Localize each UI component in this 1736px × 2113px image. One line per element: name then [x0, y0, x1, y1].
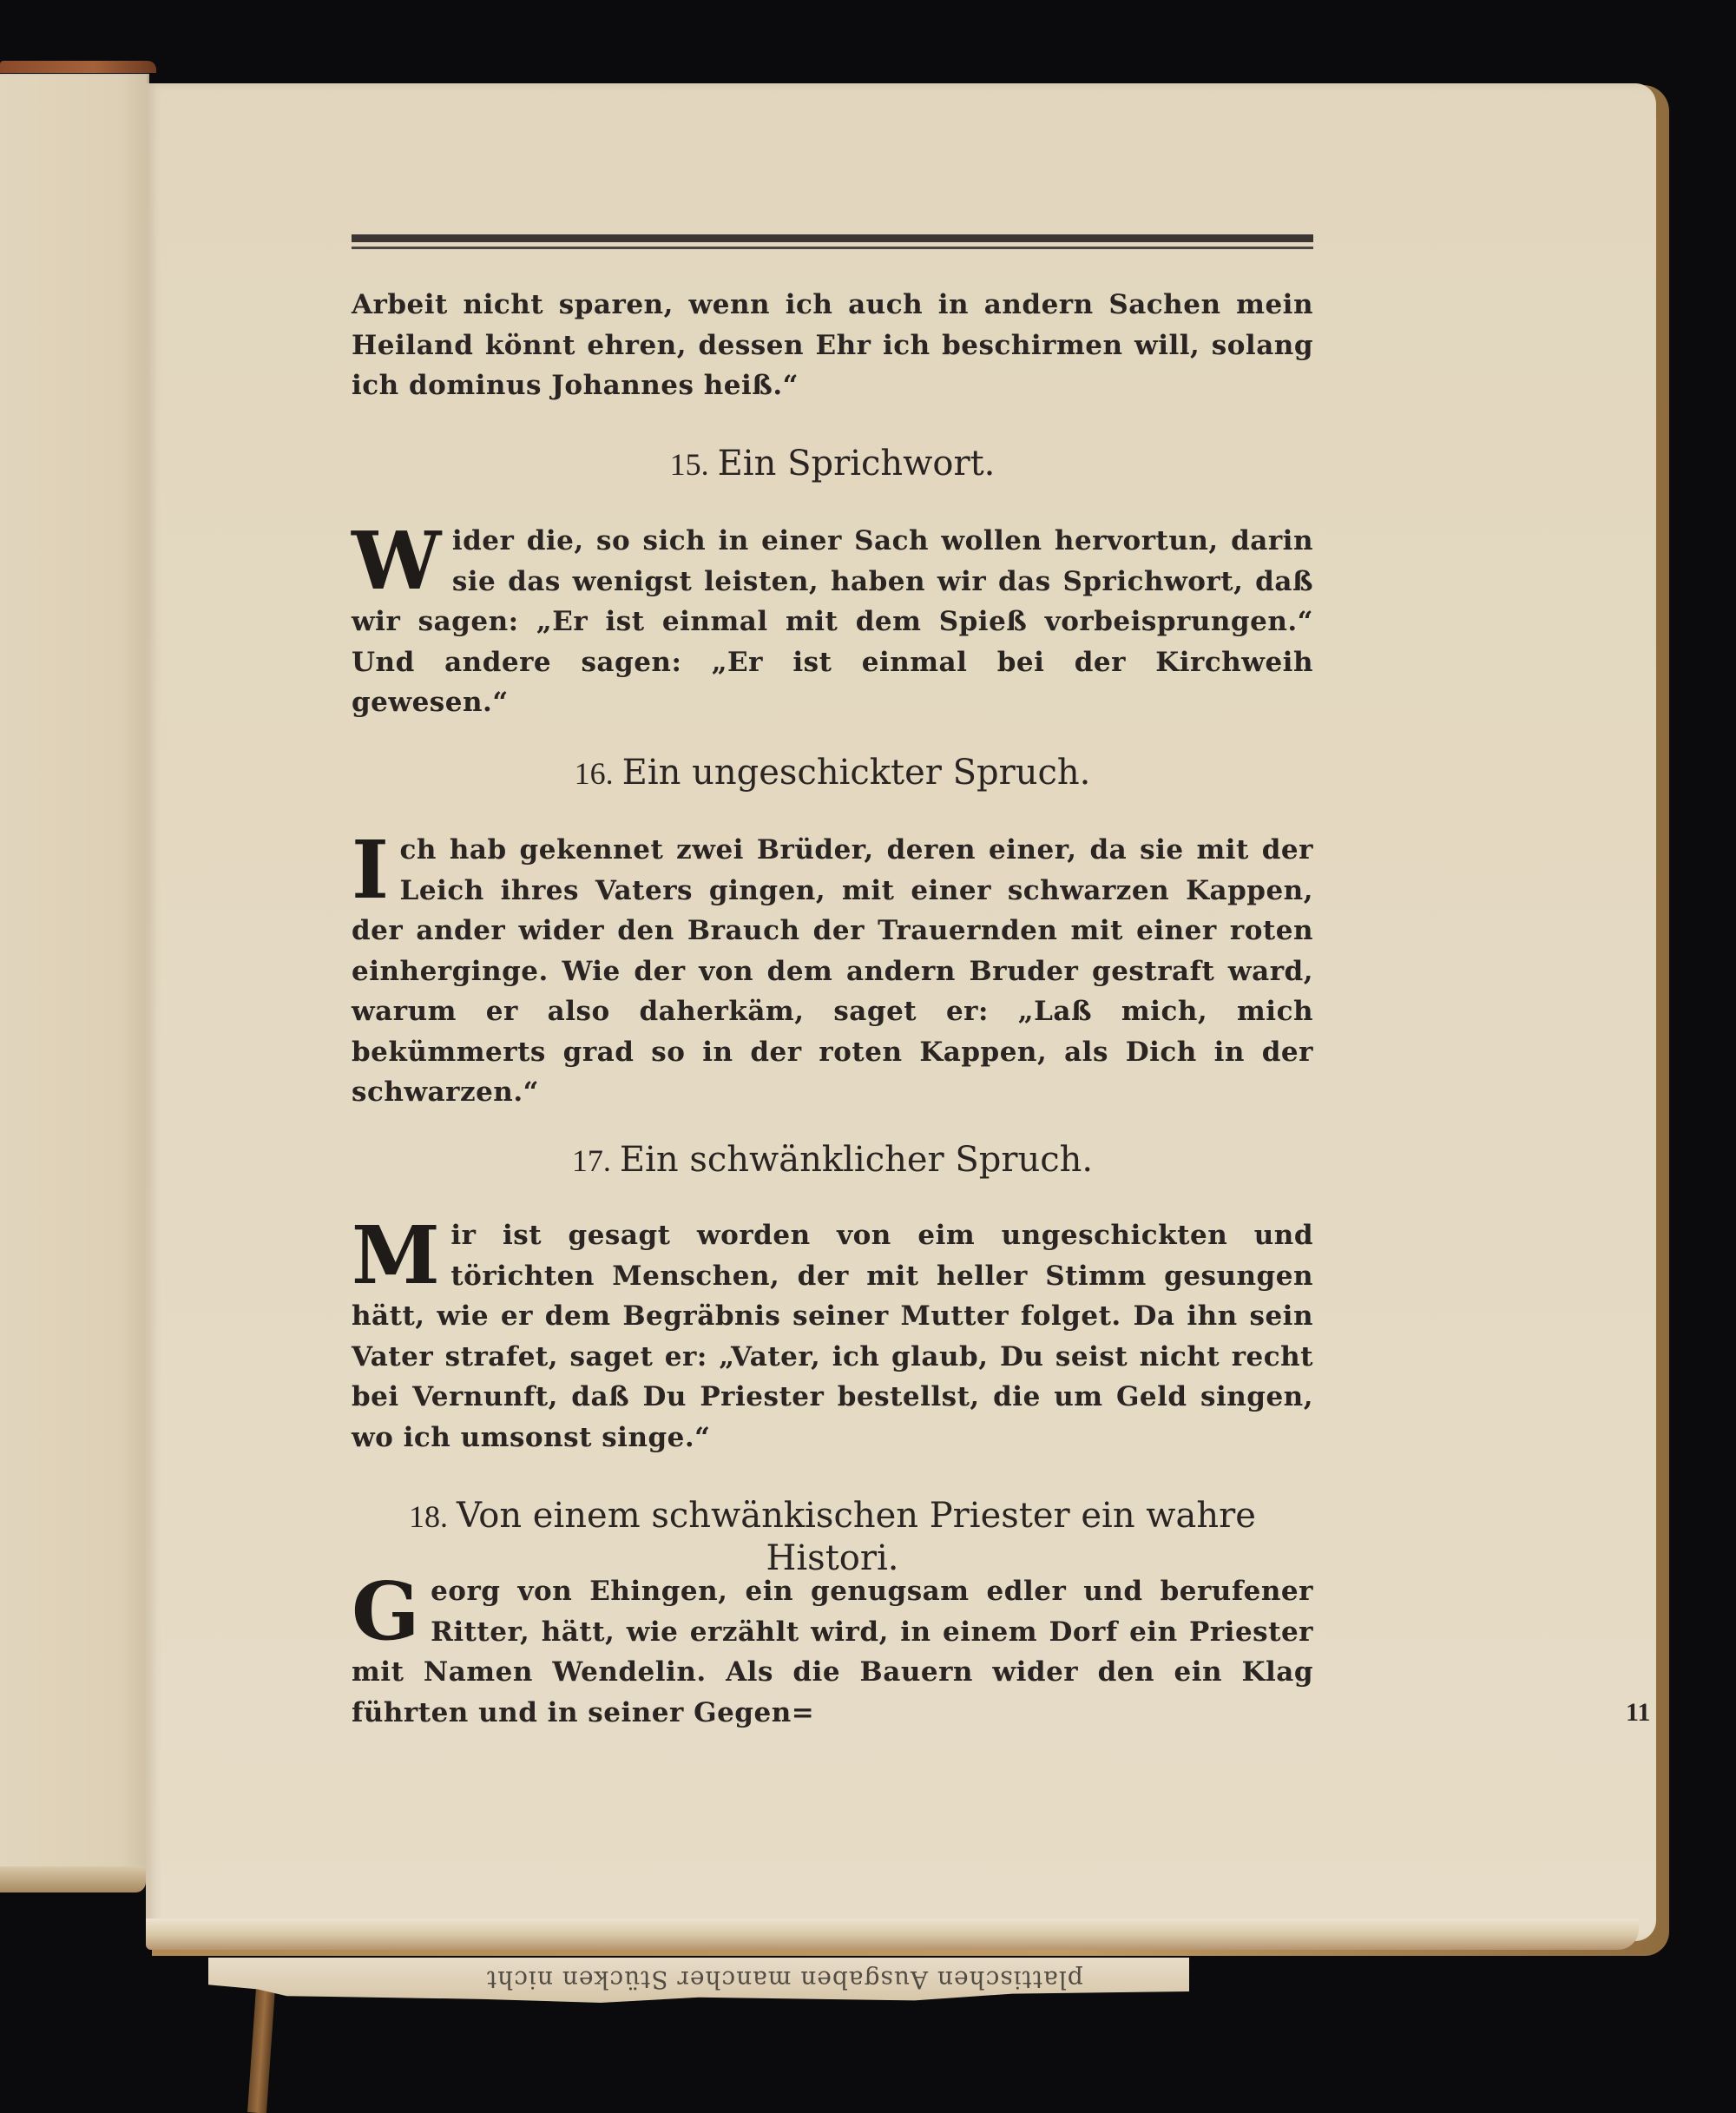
bookmark-ribbon	[247, 1987, 275, 2113]
section-body-17: Mir ist gesagt worden von eim ungeschick…	[352, 1215, 1313, 1458]
continuation-paragraph: Arbeit nicht sparen, wenn ich auch in an…	[352, 285, 1313, 406]
section-heading-15: 15.Ein Sprichwort.	[352, 443, 1313, 485]
header-rule-thin	[352, 247, 1313, 249]
section-body-text: ider die, so sich in einer Sach wollen h…	[352, 525, 1313, 718]
section-title: Ein ungeschickter Spruch.	[622, 753, 1091, 793]
section-heading-18: 18.Von einem schwänkischen Priester ein …	[352, 1495, 1313, 1579]
dropcap-initial: W	[352, 524, 442, 601]
section-number: 17.	[572, 1143, 611, 1178]
book-cover-edge	[0, 61, 156, 73]
section-number: 16.	[575, 756, 614, 791]
section-title: Ein schwänklicher Spruch.	[620, 1140, 1093, 1180]
section-body-text: eorg von Ehingen, ein genugsam edler und…	[352, 1576, 1313, 1728]
left-page	[0, 74, 149, 1879]
left-page-bottom-edge	[0, 1866, 146, 1892]
section-body-18: Georg von Ehingen, ein genugsam edler un…	[352, 1571, 1313, 1733]
section-body-text: ir ist gesagt worden von eim ungeschickt…	[352, 1220, 1313, 1453]
section-heading-17: 17.Ein schwänklicher Spruch.	[352, 1139, 1313, 1182]
header-rule-thick	[352, 234, 1313, 242]
section-heading-16: 16.Ein ungeschickter Spruch.	[352, 752, 1313, 794]
dropcap-initial: I	[352, 833, 390, 910]
page-number: 11	[1626, 1698, 1650, 1728]
dropcap-initial: M	[352, 1219, 440, 1295]
section-title: Von einem schwänkischen Priester ein wah…	[457, 1496, 1256, 1578]
torn-strip-text: plattischen Ausgaben mancher Stücken nic…	[486, 1965, 1083, 1994]
section-body-15: Wider die, so sich in einer Sach wollen …	[352, 521, 1313, 723]
dropcap-initial: G	[352, 1575, 420, 1651]
section-body-16: Ich hab gekennet zwei Brüder, deren eine…	[352, 830, 1313, 1113]
section-body-text: ch hab gekennet zwei Brüder, deren einer…	[352, 834, 1313, 1108]
section-number: 15.	[670, 447, 709, 482]
section-number: 18.	[409, 1499, 448, 1534]
page-bottom-edge	[146, 1919, 1639, 1950]
section-title: Ein Sprichwort.	[718, 444, 996, 484]
